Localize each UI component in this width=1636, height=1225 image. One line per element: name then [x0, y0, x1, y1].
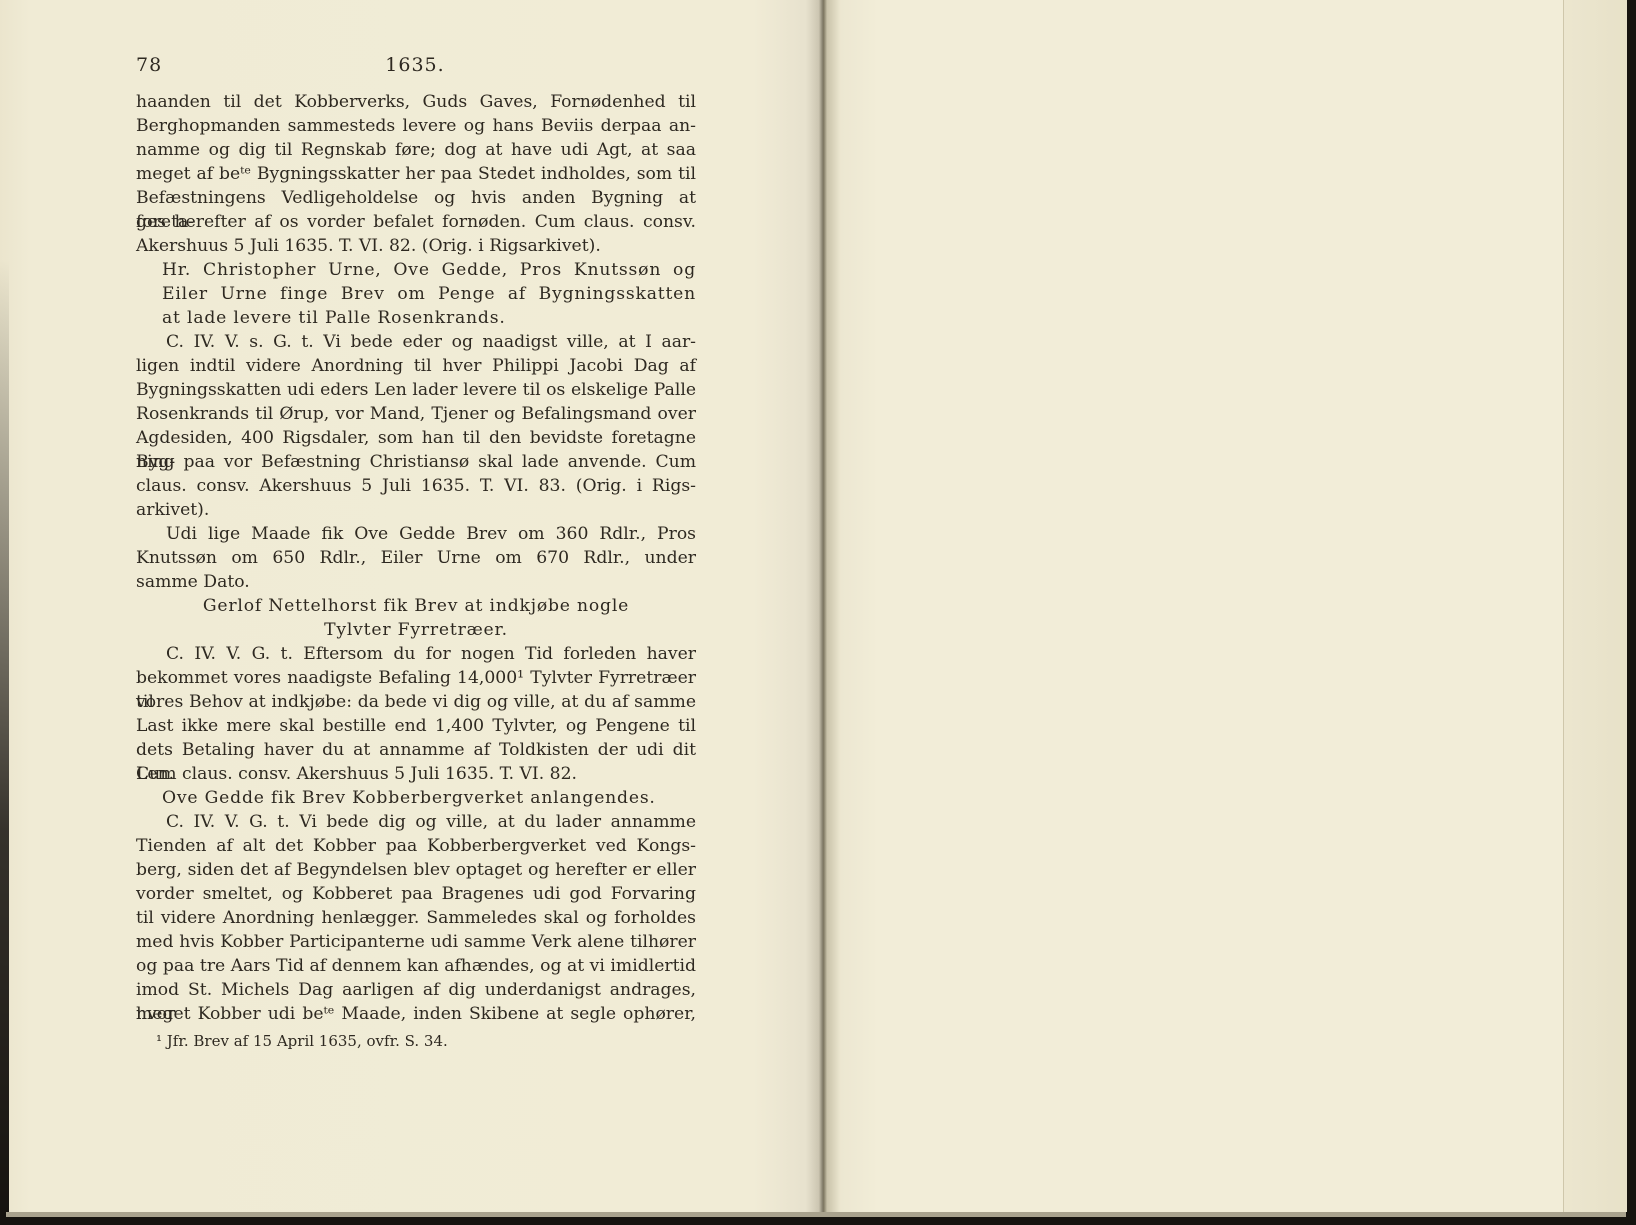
text-line: ges herefter af os vorder befalet fornød… — [136, 210, 696, 234]
text-line: namme og dig til Regnskab føre; dog at h… — [136, 138, 696, 162]
text-line: Rosenkrands til Ørup, vor Mand, Tjener o… — [136, 402, 696, 426]
text-line: Last ikke mere skal bestille end 1,400 T… — [136, 714, 696, 738]
text-line: Udi lige Maade fik Ove Gedde Brev om 360… — [136, 522, 696, 546]
text-line: C. IV. V. G. t. Vi bede dig og ville, at… — [136, 810, 696, 834]
text-line: Eiler Urne finge Brev om Penge af Bygnin… — [136, 282, 696, 306]
running-header-left: 78 1635. — [136, 52, 694, 78]
text-line: C. IV. V. G. t. Eftersom du for nogen Ti… — [136, 642, 696, 666]
text-line: Agdesiden, 400 Rigsdaler, som han til de… — [136, 426, 696, 450]
page-edge-band — [1563, 0, 1627, 1212]
text-line: Berghopmanden sammesteds levere og hans … — [136, 114, 696, 138]
text-line: Cum claus. consv. Akershuus 5 Juli 1635.… — [136, 762, 696, 786]
text-line: Hr. Christopher Urne, Ove Gedde, Pros Kn… — [136, 258, 696, 282]
text-line: Ove Gedde fik Brev Kobberbergverket anla… — [136, 786, 696, 810]
page-78-textblock: haanden til det Kobberverks, Guds Gaves,… — [136, 90, 696, 1026]
text-line: Tylvter Fyrretræer. — [136, 618, 696, 642]
text-line: vorder smeltet, og Kobberet paa Bragenes… — [136, 882, 696, 906]
footnote: ¹ Jfr. Brev af 15 April 1635, ovfr. S. 3… — [156, 1030, 676, 1052]
text-line: samme Dato. — [136, 570, 696, 594]
page-79: 1635. 79 kan tilveiebringes, og om vores… — [823, 0, 1626, 1212]
text-line: Gerlof Nettelhorst fik Brev at indkjøbe … — [136, 594, 696, 618]
running-head-year-left: 1635. — [136, 52, 694, 78]
text-line: meget af beᵗᵉ Bygningsskatter her paa St… — [136, 162, 696, 186]
text-line: til videre Anordning henlægger. Sammeled… — [136, 906, 696, 930]
text-line: C. IV. V. s. G. t. Vi bede eder og naadi… — [136, 330, 696, 354]
book-gutter — [806, 0, 840, 1212]
page-stack-edge — [6, 1212, 1626, 1217]
text-line: at lade levere til Palle Rosenkrands. — [136, 306, 696, 330]
text-line: Tienden af alt det Kobber paa Kobberberg… — [136, 834, 696, 858]
book-spread-scan: 78 1635. haanden til det Kobberverks, Gu… — [0, 0, 1636, 1225]
text-line: og paa tre Aars Tid af dennem kan afhænd… — [136, 954, 696, 978]
text-line: berg, siden det af Begyndelsen blev opta… — [136, 858, 696, 882]
text-line: dets Betaling haver du at annamme af Tol… — [136, 738, 696, 762]
page-number-left: 78 — [136, 52, 162, 78]
scan-edge-left — [0, 260, 9, 1212]
footnote-text: ¹ Jfr. Brev af 15 April 1635, ovfr. S. 3… — [156, 1032, 448, 1050]
text-line: haanden til det Kobberverks, Guds Gaves,… — [136, 90, 696, 114]
text-line: vores Behov at indkjøbe: da bede vi dig … — [136, 690, 696, 714]
page-78: 78 1635. haanden til det Kobberverks, Gu… — [0, 0, 823, 1212]
text-line: ning paa vor Befæstning Christiansø skal… — [136, 450, 696, 474]
text-line: imod St. Michels Dag aarligen af dig und… — [136, 978, 696, 1002]
text-line: ligen indtil videre Anordning til hver P… — [136, 354, 696, 378]
text-line: bekommet vores naadigste Befaling 14,000… — [136, 666, 696, 690]
text-line: Bygningsskatten udi eders Len lader leve… — [136, 378, 696, 402]
text-line: claus. consv. Akershuus 5 Juli 1635. T. … — [136, 474, 696, 498]
text-line: Befæstningens Vedligeholdelse og hvis an… — [136, 186, 696, 210]
text-line: meget Kobber udi beᵗᵉ Maade, inden Skibe… — [136, 1002, 696, 1026]
text-line: Akershuus 5 Juli 1635. T. VI. 82. (Orig.… — [136, 234, 696, 258]
text-line: arkivet). — [136, 498, 696, 522]
text-line: med hvis Kobber Participanterne udi samm… — [136, 930, 696, 954]
text-line: Knutssøn om 650 Rdlr., Eiler Urne om 670… — [136, 546, 696, 570]
